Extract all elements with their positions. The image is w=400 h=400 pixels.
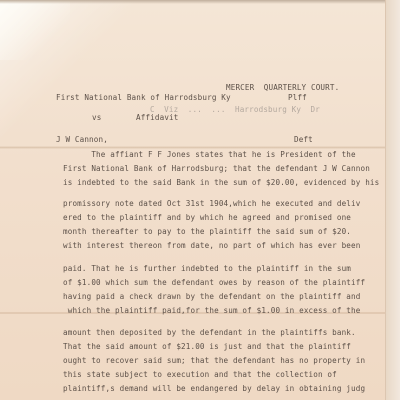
versus-label: vs xyxy=(92,113,101,123)
body-line: of $1.00 which sum the defendant owes by… xyxy=(63,278,365,288)
body-line: amount then deposited by the defendant i… xyxy=(63,328,356,338)
page-right-edge xyxy=(385,0,400,400)
document-type: Affidavit xyxy=(136,113,179,123)
body-line: plaintiff,s demand will be endangered by… xyxy=(63,384,365,394)
plaintiff-role: Plff xyxy=(288,93,307,103)
court-heading: MERCER QUARTERLY COURT. xyxy=(226,83,339,93)
body-line: is indebted to the said Bank in the sum … xyxy=(63,178,379,188)
body-line: which the plaintiff paid,for the sum of … xyxy=(63,306,360,316)
page-top-edge xyxy=(0,0,400,4)
body-line: having paid a check drawn by the defenda… xyxy=(63,292,360,302)
body-line: paid. That he is further indebted to the… xyxy=(63,264,351,274)
paper-fold-corner xyxy=(0,0,70,60)
defendant-role: Deft xyxy=(294,135,313,145)
body-line: promissory note dated Oct 31st 1904,whic… xyxy=(63,199,360,209)
body-line: month thereafter to pay to the plaintiff… xyxy=(63,227,351,237)
body-line: ought to recover said sum; that the defe… xyxy=(63,356,365,366)
paper-crease xyxy=(0,146,386,149)
body-line: First National Bank of Harrodsburg; that… xyxy=(63,164,370,174)
plaintiff-name: First National Bank of Harrodsburg Ky xyxy=(56,93,231,103)
defendant-name: J W Cannon, xyxy=(56,135,108,145)
body-line: ered to the plaintiff and by which he ag… xyxy=(63,213,351,223)
body-line: That the said amount of $21.00 is just a… xyxy=(63,342,351,352)
body-line: with interest thereon from date, no part… xyxy=(63,241,360,251)
body-line: The affiant F F Jones states that he is … xyxy=(63,150,356,160)
body-line: this state subject to execution and that… xyxy=(63,370,337,380)
